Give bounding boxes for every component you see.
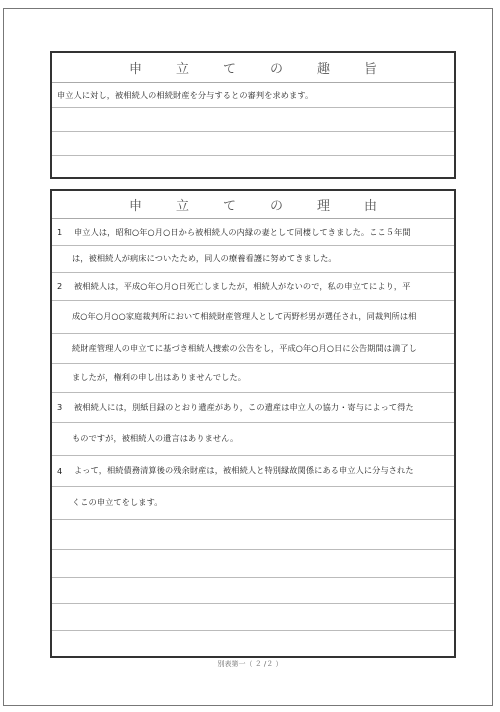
reason-line — [52, 630, 454, 656]
item-number: 4 — [52, 466, 69, 476]
title-char: の — [270, 195, 283, 214]
line-text: 成○年○月○○家庭裁判所において相続財産管理人として丙野杉男が選任され，同裁判所… — [52, 311, 416, 322]
item-number: 2 — [52, 281, 69, 291]
title-char: て — [223, 58, 236, 77]
title-char: 理 — [317, 195, 330, 214]
purpose-line: 申立人に対し，被相続人の相続財産を分与するとの審判を求めます。 — [52, 83, 454, 108]
title-char: 申 — [129, 58, 142, 77]
petition-reasons-title: 申 立 て の 理 由 — [52, 191, 454, 219]
item-number: 3 — [52, 402, 69, 412]
line-text: ものですが，被相続人の遺言はありません。 — [52, 433, 238, 444]
reason-line — [52, 549, 454, 578]
title-char: て — [223, 195, 236, 214]
reason-line: 成○年○月○○家庭裁判所において相続財産管理人として丙野杉男が選任され，同裁判所… — [52, 300, 454, 334]
reason-line: ましたが，権利の申し出はありませんでした。 — [52, 363, 454, 393]
reason-line: 1申立人は，昭和○年○月○日から被相続人の内縁の妻として同棲してきました。ここ５… — [52, 219, 454, 246]
title-char: 由 — [364, 195, 377, 214]
reason-line: ものですが，被相続人の遺言はありません。 — [52, 422, 454, 456]
title-char: の — [270, 58, 283, 77]
purpose-line — [52, 107, 454, 132]
line-text: 被相続人には，別紙目録のとおり遺産があり，この遺産は申立人の協力・寄与によって得… — [69, 402, 414, 413]
reason-line: 4よって，相続債務清算後の残余財産は，被相続人と特別縁故関係にある申立人に分与さ… — [52, 455, 454, 487]
line-text: 申立人に対し，被相続人の相続財産を分与するとの審判を求めます。 — [52, 90, 313, 101]
purpose-line — [52, 155, 454, 177]
line-text: ましたが，権利の申し出はありませんでした。 — [52, 372, 246, 383]
line-text: 続財産管理人の申立てに基づき相続人捜索の公告をし，平成○年○月○日に公告期間は満… — [52, 343, 417, 354]
petition-purpose-title: 申 立 て の 趣 旨 — [52, 53, 454, 83]
title-char: 趣 — [317, 58, 330, 77]
purpose-line — [52, 131, 454, 156]
item-number: 1 — [52, 227, 69, 237]
reason-line: は，被相続人が病床についたため，同人の療養看護に努めてきました。 — [52, 245, 454, 273]
reason-line — [52, 577, 454, 604]
line-text: よって，相続債務清算後の残余財産は，被相続人と特別縁故関係にある申立人に分与され… — [69, 465, 414, 476]
line-text: は，被相続人が病床についたため，同人の療養看護に努めてきました。 — [52, 253, 337, 264]
page-footer: 別表第一（ ２ /２ ） — [0, 659, 500, 669]
reason-line: 続財産管理人の申立てに基づき相続人捜索の公告をし，平成○年○月○日に公告期間は満… — [52, 333, 454, 364]
petition-purpose-section: 申 立 て の 趣 旨 申立人に対し，被相続人の相続財産を分与するとの審判を求め… — [50, 51, 456, 179]
line-text: くこの申立てをします。 — [52, 497, 163, 508]
title-char: 旨 — [364, 58, 377, 77]
reason-line — [52, 519, 454, 550]
line-text: 申立人は，昭和○年○月○日から被相続人の内縁の妻として同棲してきました。ここ５年… — [69, 227, 411, 238]
line-text: 被相続人は，平成○年○月○日死亡しましたが，相続人がないので，私の申立てにより，… — [69, 281, 411, 292]
reason-line: 2被相続人は，平成○年○月○日死亡しましたが，相続人がないので，私の申立てにより… — [52, 272, 454, 301]
reason-line — [52, 603, 454, 631]
title-char: 申 — [129, 195, 142, 214]
reason-line: くこの申立てをします。 — [52, 486, 454, 520]
title-char: 立 — [176, 58, 189, 77]
title-char: 立 — [176, 195, 189, 214]
petition-reasons-section: 申 立 て の 理 由 1申立人は，昭和○年○月○日から被相続人の内縁の妻として… — [50, 189, 456, 658]
reason-line: 3被相続人には，別紙目録のとおり遺産があり，この遺産は申立人の協力・寄与によって… — [52, 392, 454, 423]
